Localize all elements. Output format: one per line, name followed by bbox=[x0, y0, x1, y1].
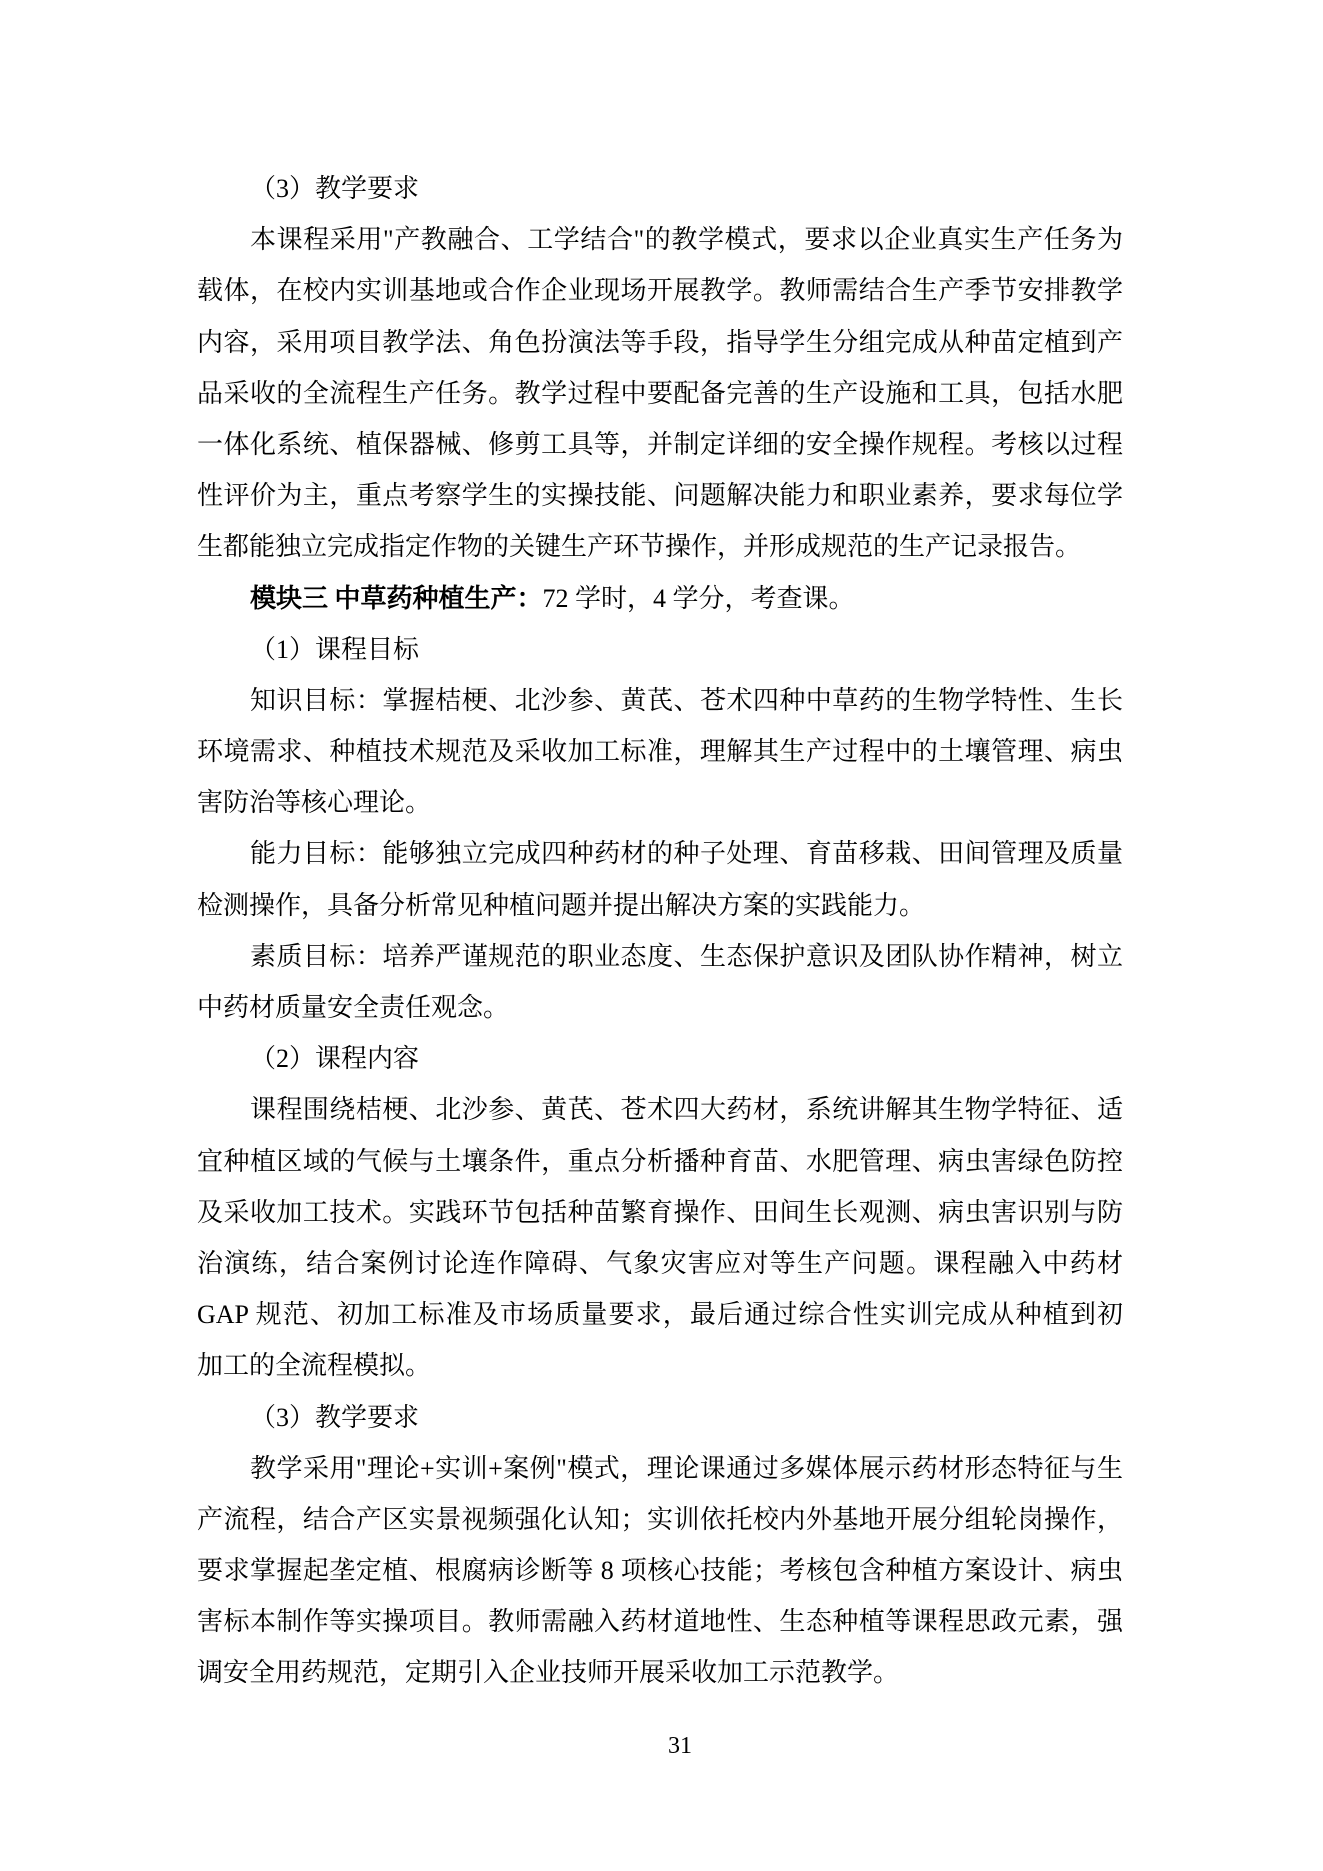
text-run: 要求掌握起垄定植、根腐病诊断等 8 项核心技能；考核包含种植方案设计、病虫 bbox=[197, 1556, 1123, 1585]
text-run: （1）课程目标 bbox=[250, 635, 419, 664]
text-line: 产流程，结合产区实景视频强化认知；实训依托校内外基地开展分组轮岗操作， bbox=[197, 1494, 1123, 1545]
text-line: 本课程采用"产教融合、工学结合"的教学模式，要求以企业真实生产任务为 bbox=[197, 214, 1123, 265]
text-run: 能力目标：能够独立完成四种药材的种子处理、育苗移栽、田间管理及质量 bbox=[250, 839, 1123, 868]
text-line: 要求掌握起垄定植、根腐病诊断等 8 项核心技能；考核包含种植方案设计、病虫 bbox=[197, 1545, 1123, 1596]
text-line: 载体，在校内实训基地或合作企业现场开展教学。教师需结合生产季节安排教学 bbox=[197, 265, 1123, 316]
text-run: 一体化系统、植保器械、修剪工具等，并制定详细的安全操作规程。考核以过程 bbox=[197, 430, 1123, 459]
page-number: 31 bbox=[668, 1731, 692, 1761]
text-run: GAP 规范、初加工标准及市场质量要求，最后通过综合性实训完成从种植到初 bbox=[197, 1300, 1123, 1329]
text-run: 性评价为主，重点考察学生的实操技能、问题解决能力和职业素养，要求每位学 bbox=[197, 481, 1123, 510]
text-line: 及采收加工技术。实践环节包括种苗繁育操作、田间生长观测、病虫害识别与防 bbox=[197, 1187, 1123, 1238]
text-line: （3）教学要求 bbox=[197, 1392, 1123, 1443]
text-run: 课程围绕桔梗、北沙参、黄芪、苍术四大药材，系统讲解其生物学特征、适 bbox=[250, 1095, 1123, 1124]
text-run: 治演练，结合案例讨论连作障碍、气象灾害应对等生产问题。课程融入中药材 bbox=[197, 1249, 1123, 1278]
text-run: 生都能独立完成指定作物的关键生产环节操作，并形成规范的生产记录报告。 bbox=[197, 532, 1081, 561]
text-run: （2）课程内容 bbox=[250, 1044, 419, 1073]
text-line: 性评价为主，重点考察学生的实操技能、问题解决能力和职业素养，要求每位学 bbox=[197, 470, 1123, 521]
text-line: （3）教学要求 bbox=[197, 163, 1123, 214]
text-line: 知识目标：掌握桔梗、北沙参、黄芪、苍术四种中草药的生物学特性、生长 bbox=[197, 675, 1123, 726]
document-page: （3）教学要求本课程采用"产教融合、工学结合"的教学模式，要求以企业真实生产任务… bbox=[0, 0, 1323, 1871]
text-line: 治演练，结合案例讨论连作障碍、气象灾害应对等生产问题。课程融入中药材 bbox=[197, 1238, 1123, 1289]
text-run: 害标本制作等实操项目。教师需融入药材道地性、生态种植等课程思政元素，强 bbox=[197, 1607, 1123, 1636]
text-run: 检测操作，具备分析常见种植问题并提出解决方案的实践能力。 bbox=[197, 891, 925, 920]
text-line: 品采收的全流程生产任务。教学过程中要配备完善的生产设施和工具，包括水肥 bbox=[197, 368, 1123, 419]
text-line: 中药材质量安全责任观念。 bbox=[197, 982, 1123, 1033]
text-line: 宜种植区域的气候与土壤条件，重点分析播种育苗、水肥管理、病虫害绿色防控 bbox=[197, 1136, 1123, 1187]
text-line: 检测操作，具备分析常见种植问题并提出解决方案的实践能力。 bbox=[197, 880, 1123, 931]
text-run: 害防治等核心理论。 bbox=[197, 788, 431, 817]
text-run: 及采收加工技术。实践环节包括种苗繁育操作、田间生长观测、病虫害识别与防 bbox=[197, 1198, 1123, 1227]
bold-run: 模块三 中草药种植生产： bbox=[250, 584, 543, 613]
text-line: 课程围绕桔梗、北沙参、黄芪、苍术四大药材，系统讲解其生物学特征、适 bbox=[197, 1084, 1123, 1135]
text-run: 内容，采用项目教学法、角色扮演法等手段，指导学生分组完成从种苗定植到产 bbox=[197, 328, 1123, 357]
text-line: 加工的全流程模拟。 bbox=[197, 1340, 1123, 1391]
text-run: 产流程，结合产区实景视频强化认知；实训依托校内外基地开展分组轮岗操作， bbox=[197, 1505, 1123, 1534]
text-run: 教学采用"理论+实训+案例"模式，理论课通过多媒体展示药材形态特征与生 bbox=[250, 1454, 1123, 1483]
text-line: 害标本制作等实操项目。教师需融入药材道地性、生态种植等课程思政元素，强 bbox=[197, 1596, 1123, 1647]
text-run: 知识目标：掌握桔梗、北沙参、黄芪、苍术四种中草药的生物学特性、生长 bbox=[250, 686, 1123, 715]
text-line: 教学采用"理论+实训+案例"模式，理论课通过多媒体展示药材形态特征与生 bbox=[197, 1443, 1123, 1494]
text-line: 内容，采用项目教学法、角色扮演法等手段，指导学生分组完成从种苗定植到产 bbox=[197, 317, 1123, 368]
text-line: 生都能独立完成指定作物的关键生产环节操作，并形成规范的生产记录报告。 bbox=[197, 521, 1123, 572]
text-line: GAP 规范、初加工标准及市场质量要求，最后通过综合性实训完成从种植到初 bbox=[197, 1289, 1123, 1340]
text-line: 调安全用药规范，定期引入企业技师开展采收加工示范教学。 bbox=[197, 1647, 1123, 1698]
text-run: 载体，在校内实训基地或合作企业现场开展教学。教师需结合生产季节安排教学 bbox=[197, 276, 1123, 305]
text-line: 一体化系统、植保器械、修剪工具等，并制定详细的安全操作规程。考核以过程 bbox=[197, 419, 1123, 470]
text-line: 环境需求、种植技术规范及采收加工标准，理解其生产过程中的土壤管理、病虫 bbox=[197, 726, 1123, 777]
text-line: 害防治等核心理论。 bbox=[197, 777, 1123, 828]
text-run: 宜种植区域的气候与土壤条件，重点分析播种育苗、水肥管理、病虫害绿色防控 bbox=[197, 1147, 1123, 1176]
text-line: （2）课程内容 bbox=[197, 1033, 1123, 1084]
text-run: 素质目标：培养严谨规范的职业态度、生态保护意识及团队协作精神，树立 bbox=[250, 942, 1123, 971]
text-run: 72 学时，4 学分，考查课。 bbox=[543, 584, 855, 613]
text-line: 素质目标：培养严谨规范的职业态度、生态保护意识及团队协作精神，树立 bbox=[197, 931, 1123, 982]
text-run: 调安全用药规范，定期引入企业技师开展采收加工示范教学。 bbox=[197, 1658, 899, 1687]
text-line: 模块三 中草药种植生产：72 学时，4 学分，考查课。 bbox=[197, 573, 1123, 624]
text-run: 品采收的全流程生产任务。教学过程中要配备完善的生产设施和工具，包括水肥 bbox=[197, 379, 1123, 408]
text-run: （3）教学要求 bbox=[250, 1403, 419, 1432]
text-run: 环境需求、种植技术规范及采收加工标准，理解其生产过程中的土壤管理、病虫 bbox=[197, 737, 1123, 766]
text-line: （1）课程目标 bbox=[197, 624, 1123, 675]
text-run: 加工的全流程模拟。 bbox=[197, 1351, 431, 1380]
text-run: 中药材质量安全责任观念。 bbox=[197, 993, 509, 1022]
text-run: 本课程采用"产教融合、工学结合"的教学模式，要求以企业真实生产任务为 bbox=[250, 225, 1123, 254]
text-run: （3）教学要求 bbox=[250, 174, 419, 203]
text-line: 能力目标：能够独立完成四种药材的种子处理、育苗移栽、田间管理及质量 bbox=[197, 828, 1123, 879]
document-body: （3）教学要求本课程采用"产教融合、工学结合"的教学模式，要求以企业真实生产任务… bbox=[197, 163, 1123, 1699]
